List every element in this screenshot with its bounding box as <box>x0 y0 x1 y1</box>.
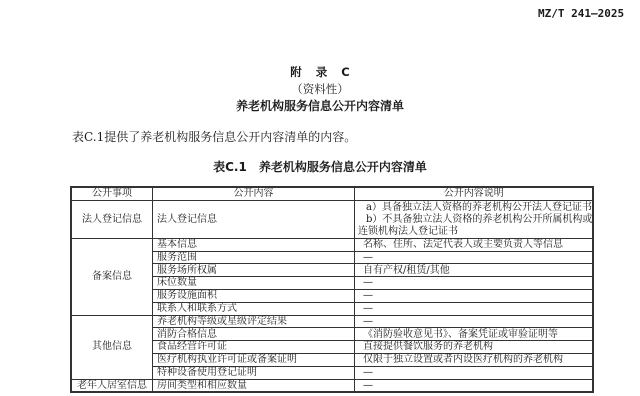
desc-cell: 仅限于独立设置或者内设医疗机构的养老机构 <box>355 353 594 366</box>
item-cell: 老年人居室信息 <box>71 379 153 392</box>
content-cell: 食品经营许可证 <box>153 341 355 354</box>
appendix-label: 附 录 C <box>0 64 640 80</box>
content-cell: 养老机构等级或星级评定结果 <box>153 315 355 328</box>
desc-cell: 《消防验收意见书》、备案凭证或审验证明等 <box>355 328 594 341</box>
desc-cell: — <box>355 379 594 392</box>
desc-cell: a）具备独立法人资格的养老机构公开法人登记证书 b）不具备独立法人资格的养老机构… <box>355 200 594 238</box>
item-cell: 备案信息 <box>71 238 153 315</box>
item-cell: 其他信息 <box>71 315 153 379</box>
content-cell: 床位数量 <box>153 277 355 290</box>
desc-cell: — <box>355 251 594 264</box>
disclosure-table: 公开事项 公开内容 公开内容说明 法人登记信息 法人登记信息 a）具备独立法人资… <box>70 186 594 393</box>
desc-cell: — <box>355 277 594 290</box>
content-cell: 服务范围 <box>153 251 355 264</box>
table-row: 法人登记信息 法人登记信息 a）具备独立法人资格的养老机构公开法人登记证书 b）… <box>71 200 593 238</box>
content-cell: 联系人和联系方式 <box>153 302 355 315</box>
desc-cell: — <box>355 315 594 328</box>
desc-cell: — <box>355 289 594 302</box>
item-cell: 法人登记信息 <box>71 200 153 238</box>
table-row: 备案信息 基本信息 名称、住所、法定代表人或主要负责人等信息 <box>71 238 593 251</box>
table-row: 老年人居室信息 房间类型和相应数量 — <box>71 379 593 392</box>
content-cell: 服务设施面积 <box>153 289 355 302</box>
appendix-nature: （资料性） <box>0 81 640 97</box>
content-cell: 房间类型和相应数量 <box>153 379 355 392</box>
content-cell: 特种设备使用登记证明 <box>153 366 355 379</box>
desc-line: b）不具备独立法人资格的养老机构公开所属机构或 <box>358 214 592 226</box>
column-header: 公开内容 <box>153 187 355 200</box>
intro-paragraph: 表C.1提供了养老机构服务信息公开内容清单的内容。 <box>72 128 356 145</box>
desc-cell: — <box>355 302 594 315</box>
column-header: 公开内容说明 <box>355 187 594 200</box>
table-number: 表C.1 <box>213 160 247 174</box>
content-cell: 服务场所权属 <box>153 264 355 277</box>
content-cell: 法人登记信息 <box>153 200 355 238</box>
desc-line: a）具备独立法人资格的养老机构公开法人登记证书 <box>358 202 592 214</box>
desc-cell: 自有产权/租赁/其他 <box>355 264 594 277</box>
content-cell: 消防合格信息 <box>153 328 355 341</box>
table-title: 养老机构服务信息公开内容清单 <box>259 160 427 174</box>
desc-cell: — <box>355 366 594 379</box>
desc-cell: 名称、住所、法定代表人或主要负责人等信息 <box>355 238 594 251</box>
desc-cell: 直接提供餐饮服务的养老机构 <box>355 341 594 354</box>
standard-code: MZ/T 241—2025 <box>538 7 624 20</box>
desc-line: 连锁机构法人登记证书 <box>358 226 592 238</box>
appendix-title: 养老机构服务信息公开内容清单 <box>0 97 640 114</box>
table-row: 其他信息 养老机构等级或星级评定结果 — <box>71 315 593 328</box>
table-caption: 表C.1养老机构服务信息公开内容清单 <box>0 158 640 175</box>
column-header: 公开事项 <box>71 187 153 200</box>
table-header-row: 公开事项 公开内容 公开内容说明 <box>71 187 593 200</box>
content-cell: 医疗机构执业许可证或备案证明 <box>153 353 355 366</box>
content-cell: 基本信息 <box>153 238 355 251</box>
